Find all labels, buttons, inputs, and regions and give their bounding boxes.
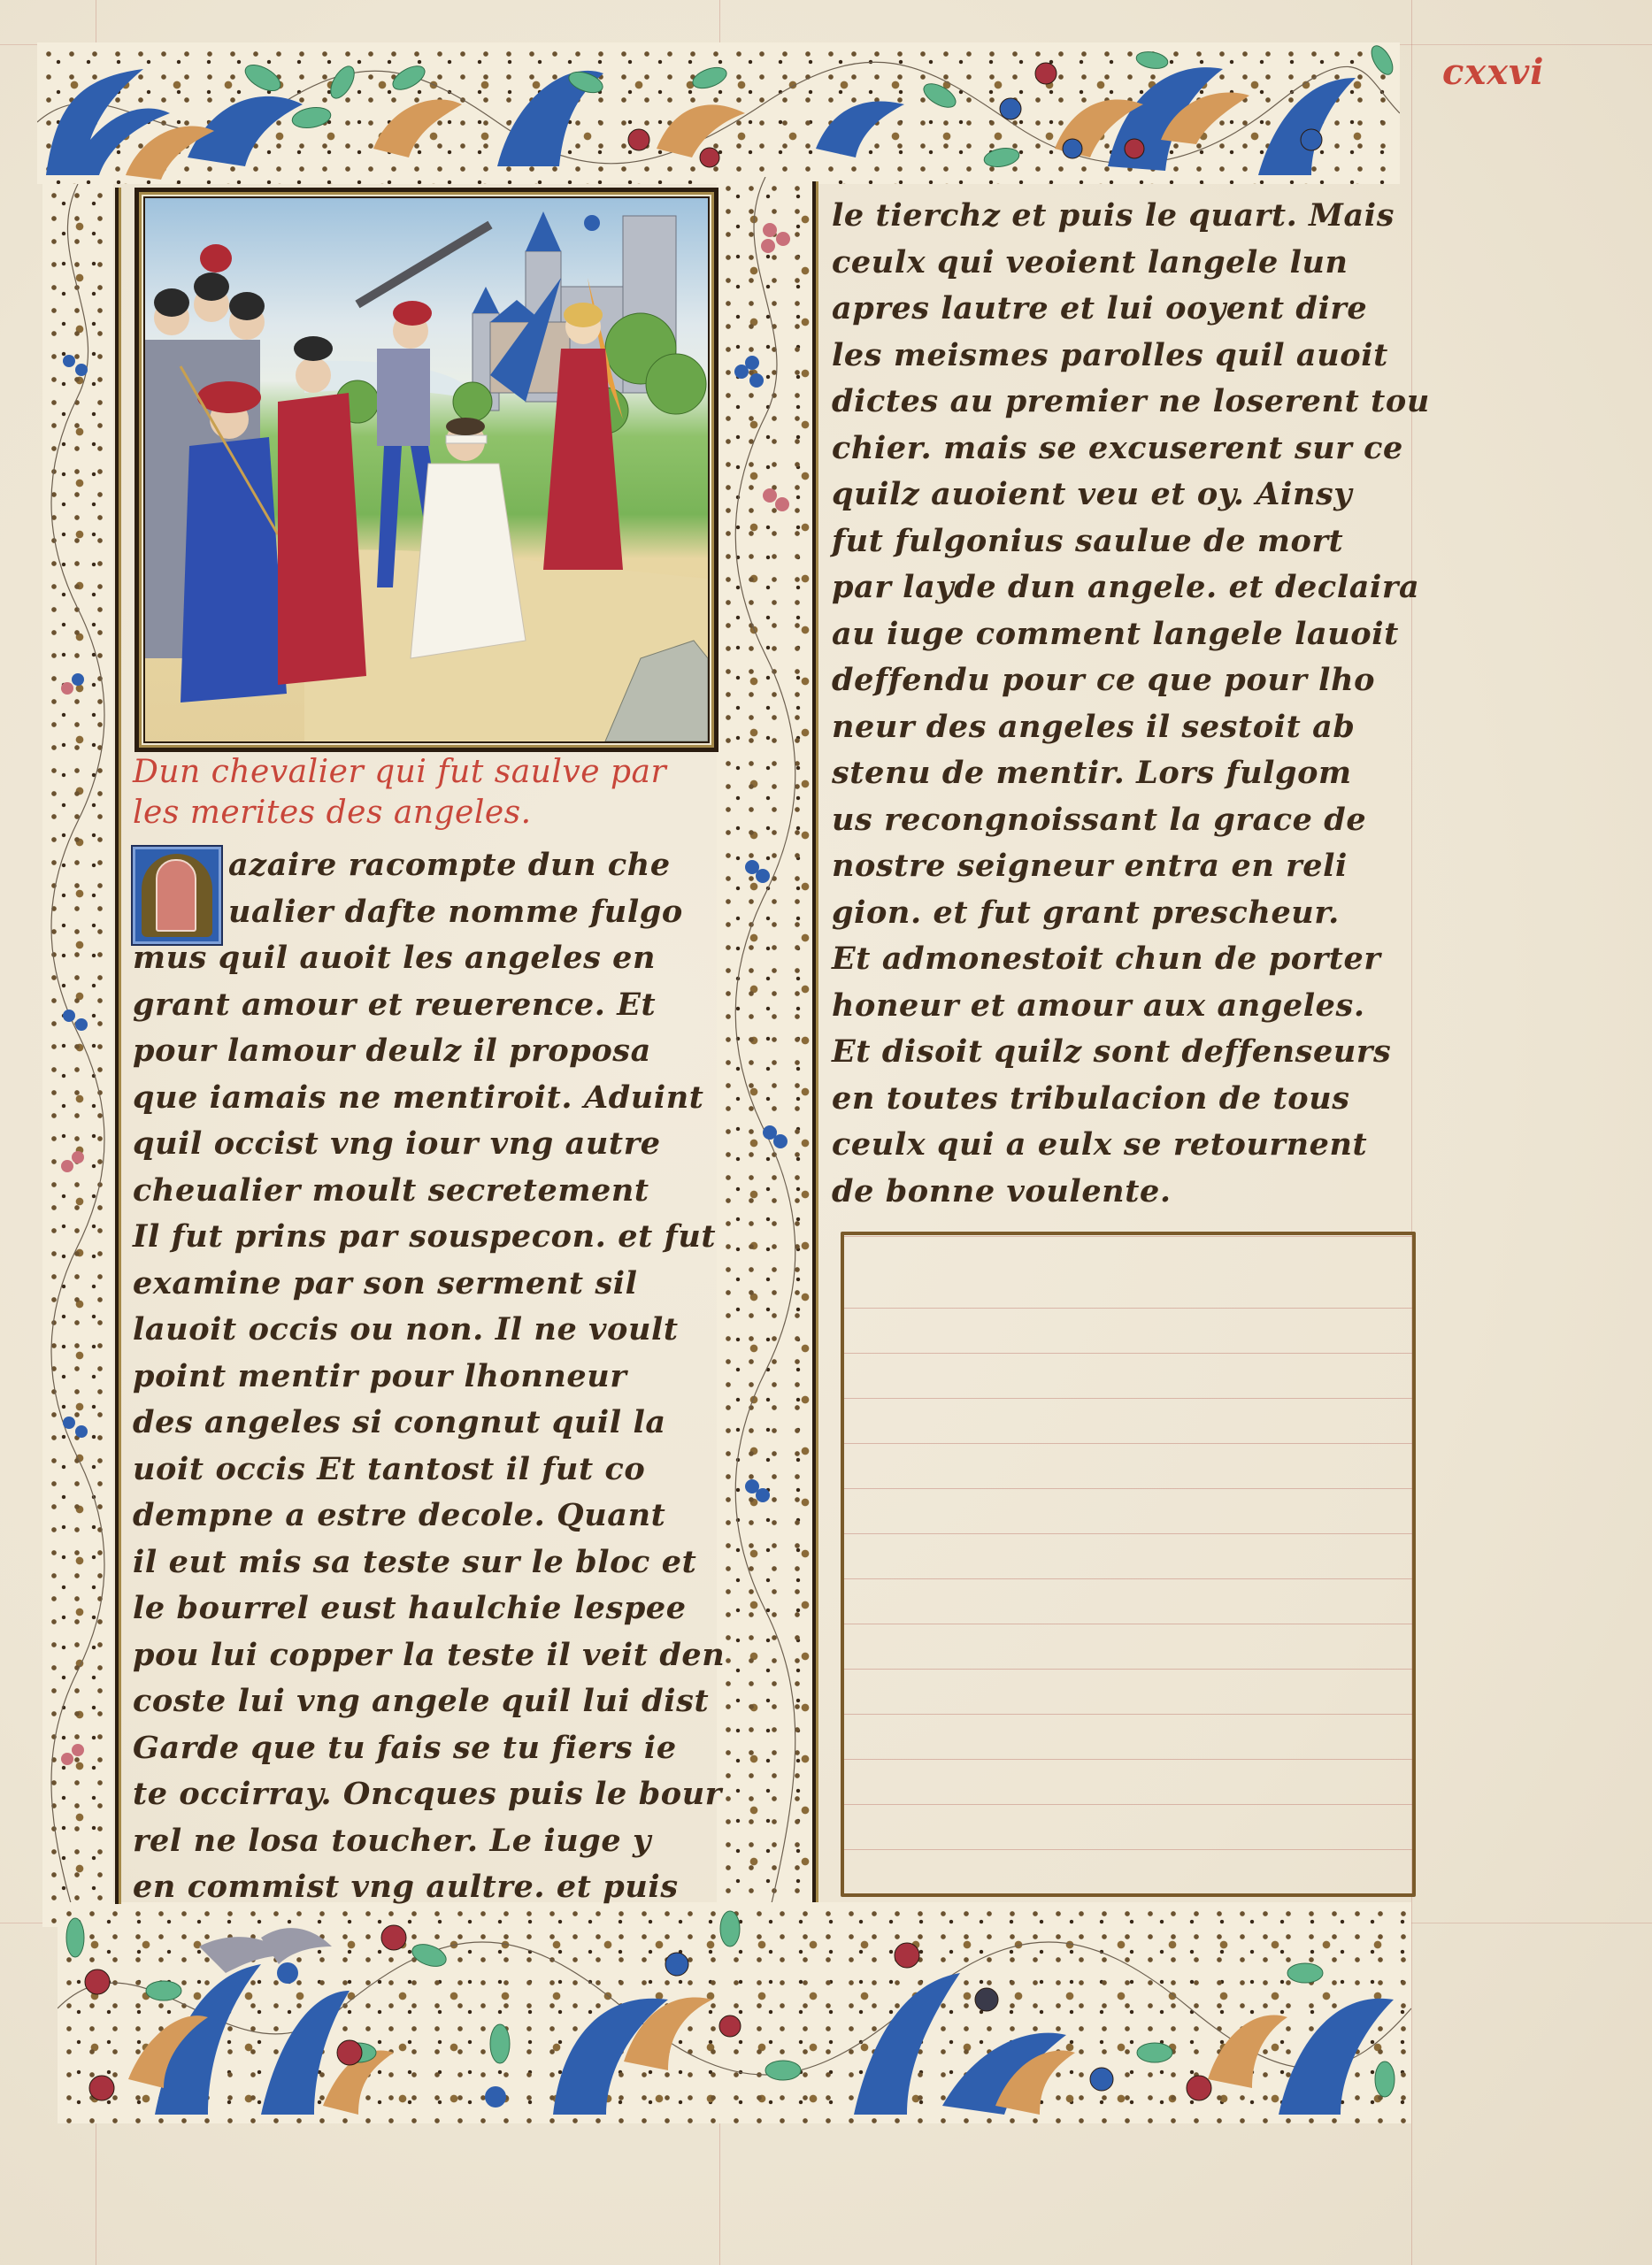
left-border — [42, 184, 113, 1927]
text-line: des angeles si congnut quil la — [133, 1400, 717, 1447]
bottom-border — [58, 1902, 1411, 2123]
blank-illustration-space — [841, 1232, 1416, 1897]
middle-border — [717, 177, 814, 1929]
text-line: dictes au premier ne loserent tou — [832, 379, 1416, 426]
column-rule — [812, 181, 816, 1902]
text-line: il eut mis sa teste sur le bloc et — [133, 1539, 717, 1586]
text-line: mus quil auoit les angeles en — [133, 935, 717, 982]
text-line: quil occist vng iour vng autre — [133, 1121, 717, 1168]
text-line: le tierchz et puis le quart. Mais — [832, 193, 1416, 240]
miniature-illustration — [134, 188, 718, 752]
vine-ornament-icon — [717, 177, 814, 1929]
text-line: les meismes parolles quil auoit — [832, 333, 1416, 380]
text-line: Et admonestoit chun de porter — [832, 936, 1416, 983]
text-line: Garde que tu fais se tu fiers ie — [133, 1725, 717, 1772]
text-line: te occirray. Oncques puis le bour — [133, 1771, 717, 1818]
text-line: grant amour et reuerence. Et — [133, 982, 717, 1029]
text-line: examine par son serment sil — [133, 1261, 717, 1308]
text-line: pour lamour deulz il proposa — [133, 1028, 717, 1075]
text-line: gion. et fut grant prescheur. — [832, 890, 1416, 937]
vine-ornament-icon — [42, 184, 113, 1927]
acanthus-ornament-icon — [37, 42, 1400, 184]
text-line: coste lui vng angele quil lui dist — [133, 1678, 717, 1725]
chapter-rubric: Dun chevalier qui fut saulve par les mer… — [133, 752, 708, 833]
column-rule — [115, 188, 119, 1904]
text-line: neur des angeles il sestoit ab — [832, 704, 1416, 751]
text-line: honeur et amour aux angeles. — [832, 983, 1416, 1030]
acanthus-ornament-icon — [58, 1902, 1411, 2123]
text-line: Et disoit quilz sont deffenseurs — [832, 1029, 1416, 1076]
text-line: par layde dun angele. et declaira — [832, 564, 1416, 611]
rubric-line: les merites des angeles. — [133, 793, 708, 833]
text-line: point mentir pour lhonneur — [133, 1354, 717, 1401]
text-line: apres lautre et lui ooyent dire — [832, 286, 1416, 333]
text-line: au iuge comment langele lauoit — [832, 611, 1416, 658]
text-line: nostre seigneur entra en reli — [832, 843, 1416, 890]
text-line: cheualier moult secretement — [133, 1168, 717, 1215]
text-line: de bonne voulente. — [832, 1169, 1416, 1216]
right-text-column: le tierchz et puis le quart. Mais ceulx … — [832, 193, 1416, 1215]
text-line: azaire racompte dun che — [133, 842, 717, 889]
manuscript-page: cxxvi — [0, 0, 1652, 2265]
text-line: ceulx qui a eulx se retournent — [832, 1122, 1416, 1169]
text-line: rel ne losa toucher. Le iuge y — [133, 1818, 717, 1865]
text-line: fut fulgonius saulue de mort — [832, 518, 1416, 565]
text-line: uoit occis Et tantost il fut co — [133, 1447, 717, 1493]
text-line: que iamais ne mentiroit. Aduint — [133, 1075, 717, 1122]
text-line: quilz auoient veu et oy. Ainsy — [832, 472, 1416, 518]
left-text-column: azaire racompte dun che ualier dafte nom… — [133, 842, 717, 1911]
text-line: Il fut prins par souspecon. et fut — [133, 1214, 717, 1261]
text-line: pou lui copper la teste il veit den — [133, 1632, 717, 1679]
top-border — [37, 42, 1400, 184]
text-line: us recongnoissant la grace de — [832, 797, 1416, 844]
text-line: dempne a estre decole. Quant — [133, 1493, 717, 1539]
rubric-line: Dun chevalier qui fut saulve par — [133, 752, 708, 793]
text-line: en commist vng aultre. et puis — [133, 1864, 717, 1911]
execution-scene-image — [145, 198, 708, 741]
text-line: en toutes tribulacion de tous — [832, 1076, 1416, 1123]
text-line: chier. mais se excuserent sur ce — [832, 426, 1416, 472]
folio-number: cxxvi — [1442, 51, 1545, 93]
text-line: lauoit occis ou non. Il ne voult — [133, 1307, 717, 1354]
text-line: ceulx qui veoient langele lun — [832, 240, 1416, 287]
text-line: stenu de mentir. Lors fulgom — [832, 750, 1416, 797]
text-line: deffendu pour ce que pour lho — [832, 657, 1416, 704]
text-line: ualier dafte nomme fulgo — [133, 889, 717, 936]
text-line: le bourrel eust haulchie lespee — [133, 1585, 717, 1632]
